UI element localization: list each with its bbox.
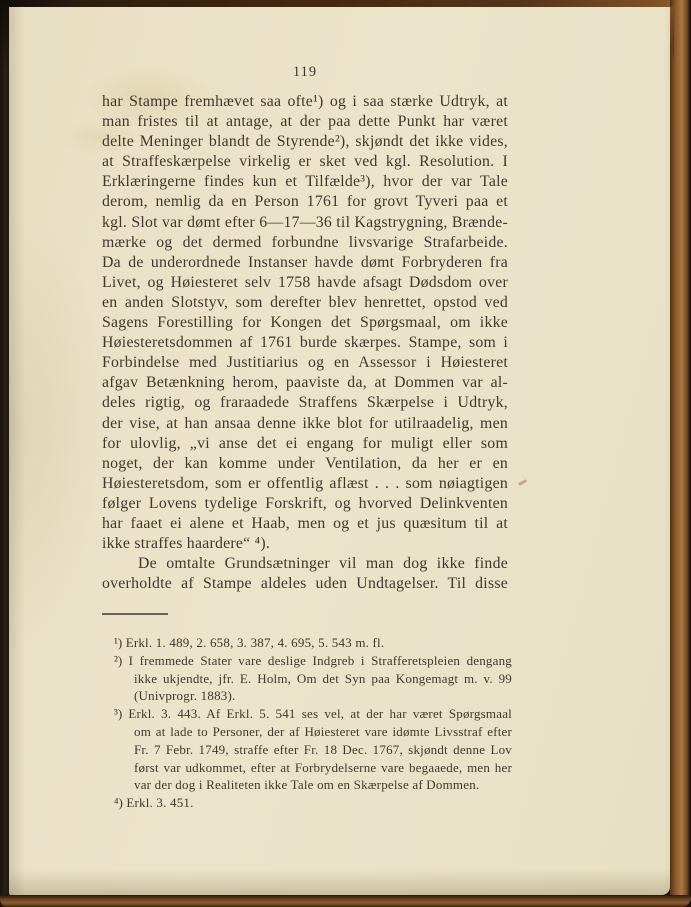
- footnotes: ¹) Erkl. 1. 489, 2. 658, 3. 387, 4. 695,…: [114, 634, 512, 812]
- text-line: der vise, at han ansaa denne ikke blot f…: [102, 414, 508, 434]
- text-line: noget, der kan komme under Ventilation, …: [102, 454, 508, 474]
- text-line: følger Lovens tydelige Forskrift, og hvo…: [102, 494, 508, 514]
- text-line: en anden Slotstyv, som derefter blev hen…: [102, 293, 508, 313]
- text-line: overholdte af Stampe aldeles uden Undtag…: [102, 574, 508, 594]
- text-line: Forbindelse med Justitiarius og en Asses…: [102, 353, 508, 373]
- text-line: Livet, og Høiesteret selv 1758 havde afs…: [102, 273, 508, 293]
- footnote-line: om at lade to Personer, der af Høiestere…: [134, 723, 512, 741]
- footnote-3: ³) Erkl. 3. 443. Af Erkl. 5. 541 ses vel…: [114, 705, 512, 794]
- footnote-marker: ³): [114, 706, 122, 721]
- text-line: Erklæringerne findes kun et Tilfælde³), …: [102, 172, 508, 192]
- footnote-4: ⁴) Erkl. 3. 451.: [114, 794, 512, 812]
- paragraph-1: har Stampe fremhævet saa ofte¹) og i saa…: [102, 92, 508, 554]
- text-line: har Stampe fremhævet saa ofte¹) og i saa…: [102, 92, 508, 112]
- book-page: 119 har Stampe fremhævet saa ofte¹) og i…: [9, 7, 670, 895]
- text-line: Høiesteretsdom, som er offentlig aflæst …: [102, 474, 508, 494]
- text-line: Høiesteretsdommen af 1761 burde skærpes.…: [102, 333, 508, 353]
- footnote-line: var der dog i Realiteten ikke Tale om en…: [134, 776, 512, 794]
- body-text: har Stampe fremhævet saa ofte¹) og i saa…: [102, 92, 508, 594]
- footnote-line: (Univprogr. 1883).: [134, 687, 512, 705]
- footnote-text: Erkl. 3. 451.: [126, 795, 193, 810]
- text-line: ikke straffes haardere“ ⁴).: [102, 534, 508, 554]
- text-line: Da de underordnede Instanser havde dømt …: [102, 253, 508, 273]
- footnote-marker: ¹): [114, 635, 122, 650]
- footnote-text: Erkl. 3. 443. Af Erkl. 5. 541 ses vel, a…: [128, 706, 512, 721]
- footnote-line: ¹) Erkl. 1. 489, 2. 658, 3. 387, 4. 695,…: [114, 634, 512, 652]
- footnote-2: ²) I fremmede Stater vare deslige Indgre…: [114, 652, 512, 705]
- book-cover-bottom: [0, 895, 691, 907]
- text-line: deles rigtig, og fraraadede Straffens Sk…: [102, 393, 508, 413]
- text-line: mærke og det dermed forbundne livsvarige…: [102, 233, 508, 253]
- paragraph-2: De omtalte Grundsætninger vil man dog ik…: [102, 554, 508, 594]
- text-line: at Straffeskærpelse virkelig er sket ved…: [102, 152, 508, 172]
- footnote-1: ¹) Erkl. 1. 489, 2. 658, 3. 387, 4. 695,…: [114, 634, 512, 652]
- footnote-line: ⁴) Erkl. 3. 451.: [114, 794, 512, 812]
- footnote-line: ²) I fremmede Stater vare deslige Indgre…: [114, 652, 512, 670]
- footnote-line: Fr. 7 Febr. 1749, straffe efter Fr. 18 D…: [134, 741, 512, 759]
- footnote-text: Erkl. 1. 489, 2. 658, 3. 387, 4. 695, 5.…: [126, 635, 385, 650]
- footnote-rule: [102, 613, 168, 615]
- page-number: 119: [102, 64, 508, 81]
- text-line: for ulovlig, „vi anse det ei engang for …: [102, 434, 508, 454]
- margin-mark: [518, 479, 527, 485]
- text-line: har faaet ei alene et Haab, men og et ju…: [102, 514, 508, 534]
- footnote-marker: ²): [114, 653, 122, 668]
- book-edge-top: [0, 0, 691, 7]
- footnote-line: ikke ukjendte, jfr. E. Holm, Om det Syn …: [134, 670, 512, 688]
- text-line: delte Meninger blandt de Styrende²), skj…: [102, 132, 508, 152]
- text-line: man fristes til at antage, at der paa de…: [102, 112, 508, 132]
- text-line: derom, nemlig da en Person 1761 for grov…: [102, 192, 508, 212]
- book-edge-left: [0, 0, 9, 907]
- footnote-marker: ⁴): [114, 795, 123, 810]
- footnote-text: I fremmede Stater vare deslige Indgreb i…: [129, 653, 512, 668]
- book-photo: 119 har Stampe fremhævet saa ofte¹) og i…: [0, 0, 691, 907]
- book-cover-right: [670, 0, 691, 907]
- footnote-line: først var udkommet, efter at Forbrydelse…: [134, 759, 512, 777]
- text-line: afgav Betænkning herom, paaviste da, at …: [102, 373, 508, 393]
- footnote-line: ³) Erkl. 3. 443. Af Erkl. 5. 541 ses vel…: [114, 705, 512, 723]
- text-line: Sagens Forestilling for Kongen det Spørg…: [102, 313, 508, 333]
- text-line: kgl. Slot var dømt efter 6—17—36 til Kag…: [102, 213, 508, 233]
- text-line: De omtalte Grundsætninger vil man dog ik…: [102, 554, 508, 574]
